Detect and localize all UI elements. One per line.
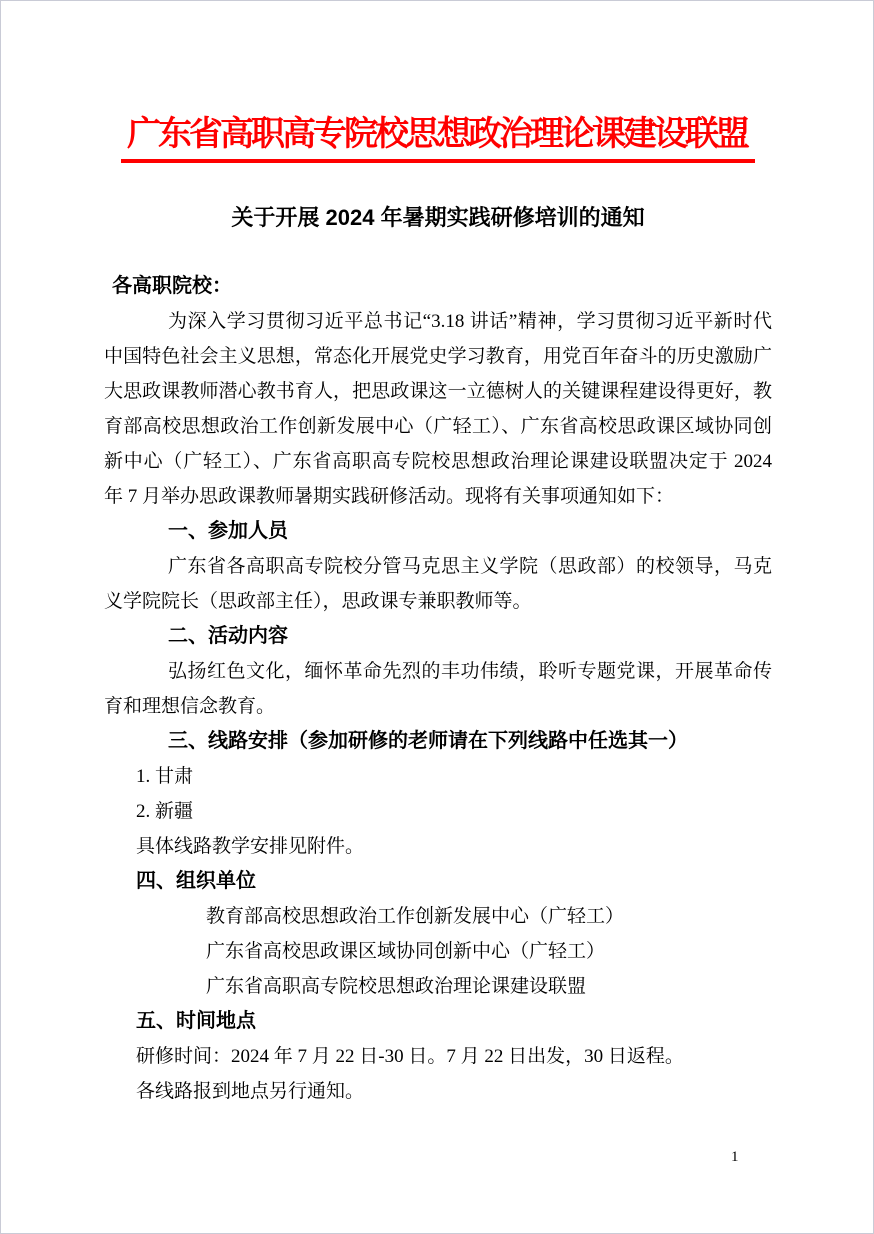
document-page: 广东省高职高专院校思想政治理论课建设联盟 关于开展 2024 年暑期实践研修培训… xyxy=(0,0,874,1234)
body-line: 大思政课教师潜心教书育人，把思政课这一立德树人的关键课程建设得更好，教 xyxy=(104,374,772,409)
body-line: 年 7 月举办思政课教师暑期实践研修活动。现将有关事项通知如下： xyxy=(104,479,772,514)
letterhead-title: 广东省高职高专院校思想政治理论课建设联盟 xyxy=(121,113,755,163)
body-line: 1. 甘肃 xyxy=(104,759,772,794)
body-line: 为深入学习贯彻习近平总书记“3.18 讲话”精神，学习贯彻习近平新时代 xyxy=(104,304,772,339)
body-line: 四、组织单位 xyxy=(104,864,772,899)
body-line: 各线路报到地点另行通知。 xyxy=(104,1074,772,1109)
body-line: 广东省各高职高专院校分管马克思主义学院（思政部）的校领导，马克思主 xyxy=(104,549,772,584)
notice-title: 关于开展 2024 年暑期实践研修培训的通知 xyxy=(1,202,874,234)
letterhead: 广东省高职高专院校思想政治理论课建设联盟 xyxy=(1,113,874,163)
notice-body: 各高职院校：为深入学习贯彻习近平总书记“3.18 讲话”精神，学习贯彻习近平新时… xyxy=(104,269,772,1109)
body-line: 中国特色社会主义思想，常态化开展党史学习教育，用党百年奋斗的历史激励广 xyxy=(104,339,772,374)
body-line: 弘扬红色文化，缅怀革命先烈的丰功伟绩，聆听专题党课，开展革命传统教 xyxy=(104,654,772,689)
body-line: 三、线路安排（参加研修的老师请在下列线路中任选其一） xyxy=(104,724,772,759)
body-line: 一、参加人员 xyxy=(104,514,772,549)
body-line: 各高职院校： xyxy=(104,269,772,304)
body-line: 义学院院长（思政部主任），思政课专兼职教师等。 xyxy=(104,584,772,619)
page-number: 1 xyxy=(731,1147,739,1167)
body-line: 教育部高校思想政治工作创新发展中心（广轻工） xyxy=(104,899,772,934)
body-line: 育部高校思想政治工作创新发展中心（广轻工）、广东省高校思政课区域协同创 xyxy=(104,409,772,444)
body-line: 2. 新疆 xyxy=(104,794,772,829)
body-line: 新中心（广轻工）、广东省高职高专院校思想政治理论课建设联盟决定于 2024 xyxy=(104,444,772,479)
body-line: 五、时间地点 xyxy=(104,1004,772,1039)
body-line: 广东省高职高专院校思想政治理论课建设联盟 xyxy=(104,969,772,1004)
body-line: 具体线路教学安排见附件。 xyxy=(104,829,772,864)
body-line: 研修时间：2024 年 7 月 22 日-30 日。7 月 22 日出发，30 … xyxy=(104,1039,772,1074)
body-line: 育和理想信念教育。 xyxy=(104,689,772,724)
body-line: 广东省高校思政课区域协同创新中心（广轻工） xyxy=(104,934,772,969)
body-line: 二、活动内容 xyxy=(104,619,772,654)
